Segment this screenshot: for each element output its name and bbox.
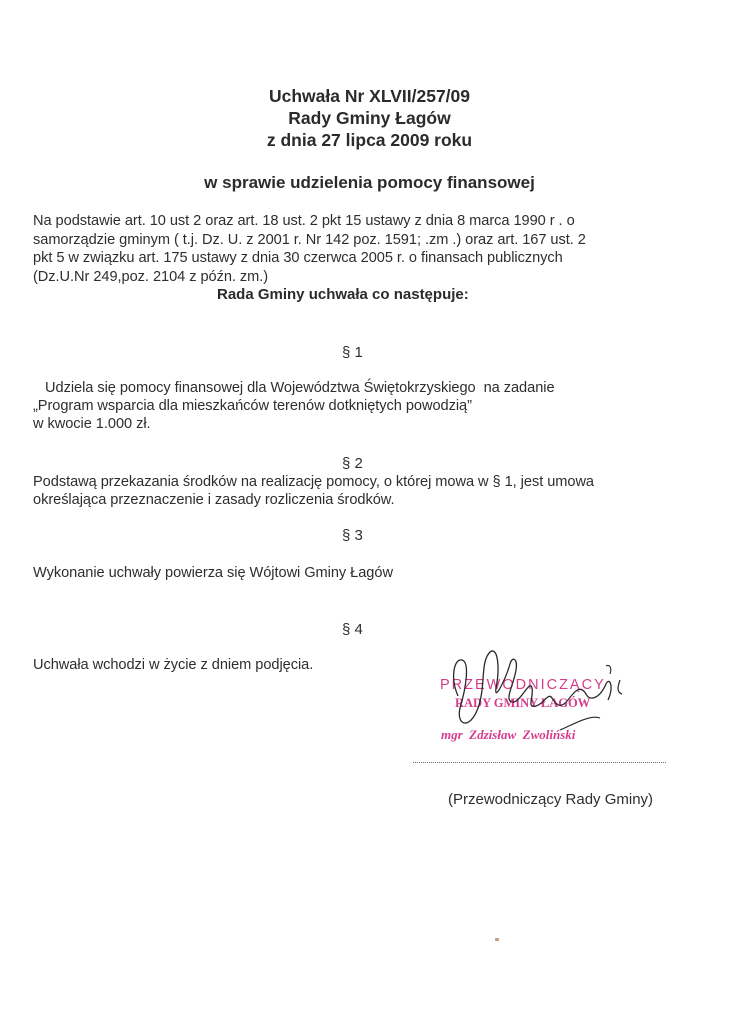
preamble-line: Na podstawie art. 10 ust 2 oraz art. 18 …: [33, 212, 575, 231]
section-2-line: Podstawą przekazania środków na realizac…: [33, 473, 594, 492]
section-3-line: Wykonanie uchwały powierza się Wójtowi G…: [33, 564, 393, 583]
council-name: Rady Gminy Łagów: [0, 108, 739, 129]
resolution-number: Uchwała Nr XLVII/257/09: [0, 86, 739, 107]
section-1-line: w kwocie 1.000 zł.: [33, 415, 151, 434]
section-1-mark: § 1: [342, 344, 363, 361]
preamble-line: (Dz.U.Nr 249,poz. 2104 z późn. zm.): [33, 268, 268, 287]
section-3-mark: § 3: [342, 527, 363, 544]
section-2-mark: § 2: [342, 455, 363, 472]
section-4-line: Uchwała wchodzi w życie z dniem podjęcia…: [33, 656, 313, 675]
preamble-line: pkt 5 w związku art. 175 ustawy z dnia 3…: [33, 249, 563, 268]
resolution-date: z dnia 27 lipca 2009 roku: [0, 130, 739, 151]
handwritten-signature: [440, 648, 640, 748]
scan-speck: [495, 938, 499, 941]
section-2-line: określająca przeznaczenie i zasady rozli…: [33, 491, 394, 510]
signature-caption: (Przewodniczący Rady Gminy): [448, 791, 653, 808]
resolves-heading: Rada Gminy uchwała co następuje:: [217, 286, 469, 303]
section-1-line: Udziela się pomocy finansowej dla Wojewó…: [33, 379, 555, 398]
resolution-subject: w sprawie udzielenia pomocy finansowej: [0, 173, 739, 193]
section-4-mark: § 4: [342, 621, 363, 638]
signature-line: [413, 762, 666, 763]
section-1-line: „Program wsparcia dla mieszkańców terenó…: [33, 397, 472, 416]
preamble-line: samorządzie gminym ( t.j. Dz. U. z 2001 …: [33, 231, 586, 250]
